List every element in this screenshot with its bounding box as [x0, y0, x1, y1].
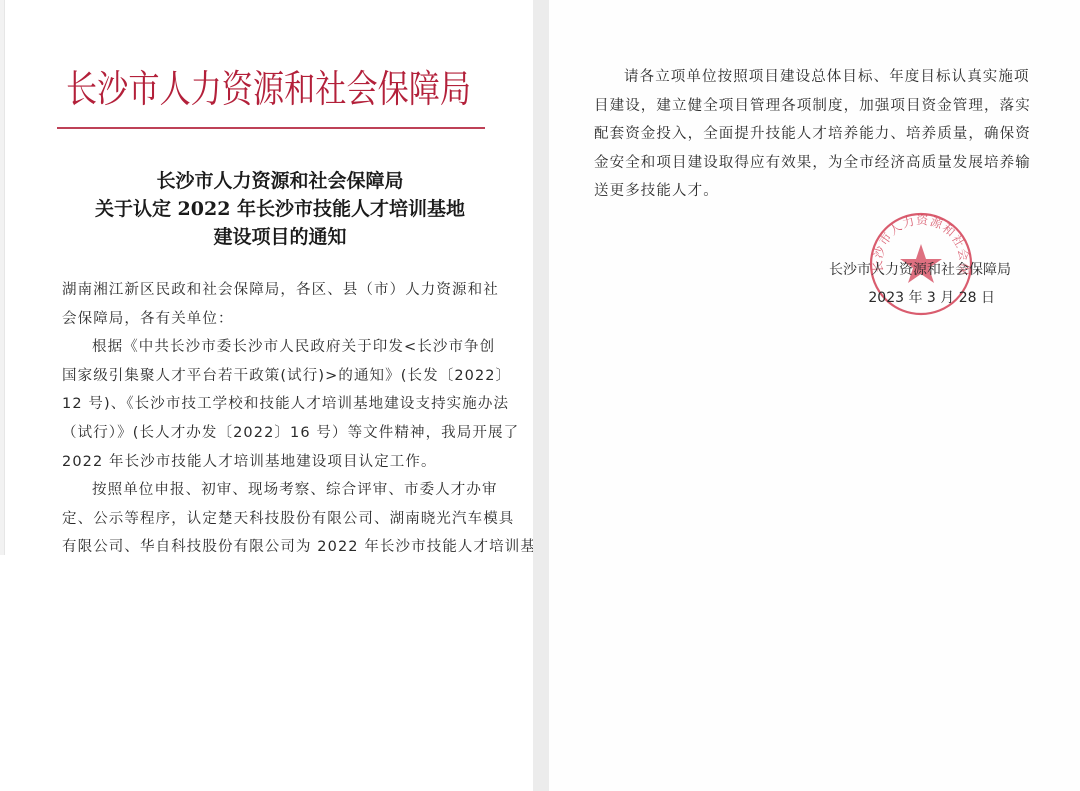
- body-line: 2022 年长沙市技能人才培训基地建设项目认定工作。: [62, 448, 482, 477]
- document-body-left: 湖南湘江新区民政和社会保障局，各区、县（市）人力资源和社 会保障局，各有关单位：…: [62, 276, 482, 562]
- document-page-right: 请各立项单位按照项目建设总体目标、年度目标认真实施项 目建设，建立健全项目管理各…: [549, 0, 1080, 791]
- issue-date: 2023 年 3 月 28 日: [829, 284, 1009, 312]
- body-line: 送更多技能人才。: [594, 177, 1034, 206]
- body-line: 国家级引集聚人才平台若干政策(试行)>的通知》(长发〔2022〕: [62, 362, 482, 391]
- title-line: 长沙市人力资源和社会保障局: [60, 167, 500, 195]
- letterhead-red-rule: [57, 127, 485, 129]
- signature-block: 长沙市人力资源和社会保障局 2023 年 3 月 28 日: [829, 256, 1009, 312]
- page-gutter: [533, 0, 549, 791]
- body-line: 12 号)、《长沙市技工学校和技能人才培训基地建设支持实施办法: [62, 390, 482, 419]
- body-line: 根据《中共长沙市委长沙市人民政府关于印发<长沙市争创: [62, 333, 482, 362]
- body-line: 目建设，建立健全项目管理各项制度，加强项目资金管理，落实: [594, 92, 1034, 121]
- body-line: 按照单位申报、初审、现场考察、综合评审、市委人才办审: [62, 476, 482, 505]
- body-line: 请各立项单位按照项目建设总体目标、年度目标认真实施项: [594, 63, 1034, 92]
- body-line: （试行）》(长人才办发〔2022〕16 号）等文件精神，我局开展了: [62, 419, 482, 448]
- body-line: 定、公示等程序，认定楚天科技股份有限公司、湖南晓光汽车模具: [62, 505, 482, 534]
- issuer-name: 长沙市人力资源和社会保障局: [829, 256, 1009, 284]
- body-line: 湖南湘江新区民政和社会保障局，各区、县（市）人力资源和社: [62, 276, 482, 305]
- title-line: 关于认定 2022 年长沙市技能人才培训基地: [60, 195, 500, 223]
- letterhead-title: 长沙市人力资源和社会保障局: [66, 64, 402, 114]
- body-line: 金安全和项目建设取得应有效果，为全市经济高质量发展培养输: [594, 149, 1034, 178]
- document-body-right: 请各立项单位按照项目建设总体目标、年度目标认真实施项 目建设，建立健全项目管理各…: [594, 63, 1034, 206]
- title-line: 建设项目的通知: [60, 223, 500, 251]
- body-line: 会保障局，各有关单位：: [62, 305, 482, 334]
- page-edge: [0, 0, 5, 555]
- body-line: 配套资金投入，全面提升技能人才培养能力、培养质量，确保资: [594, 120, 1034, 149]
- body-line: 有限公司、华自科技股份有限公司为 2022 年长沙市技能人才培训基: [62, 533, 482, 562]
- document-page-left: 长沙市人力资源和社会保障局 长沙市人力资源和社会保障局 关于认定 2022 年长…: [0, 0, 533, 791]
- document-title: 长沙市人力资源和社会保障局 关于认定 2022 年长沙市技能人才培训基地 建设项…: [60, 167, 500, 251]
